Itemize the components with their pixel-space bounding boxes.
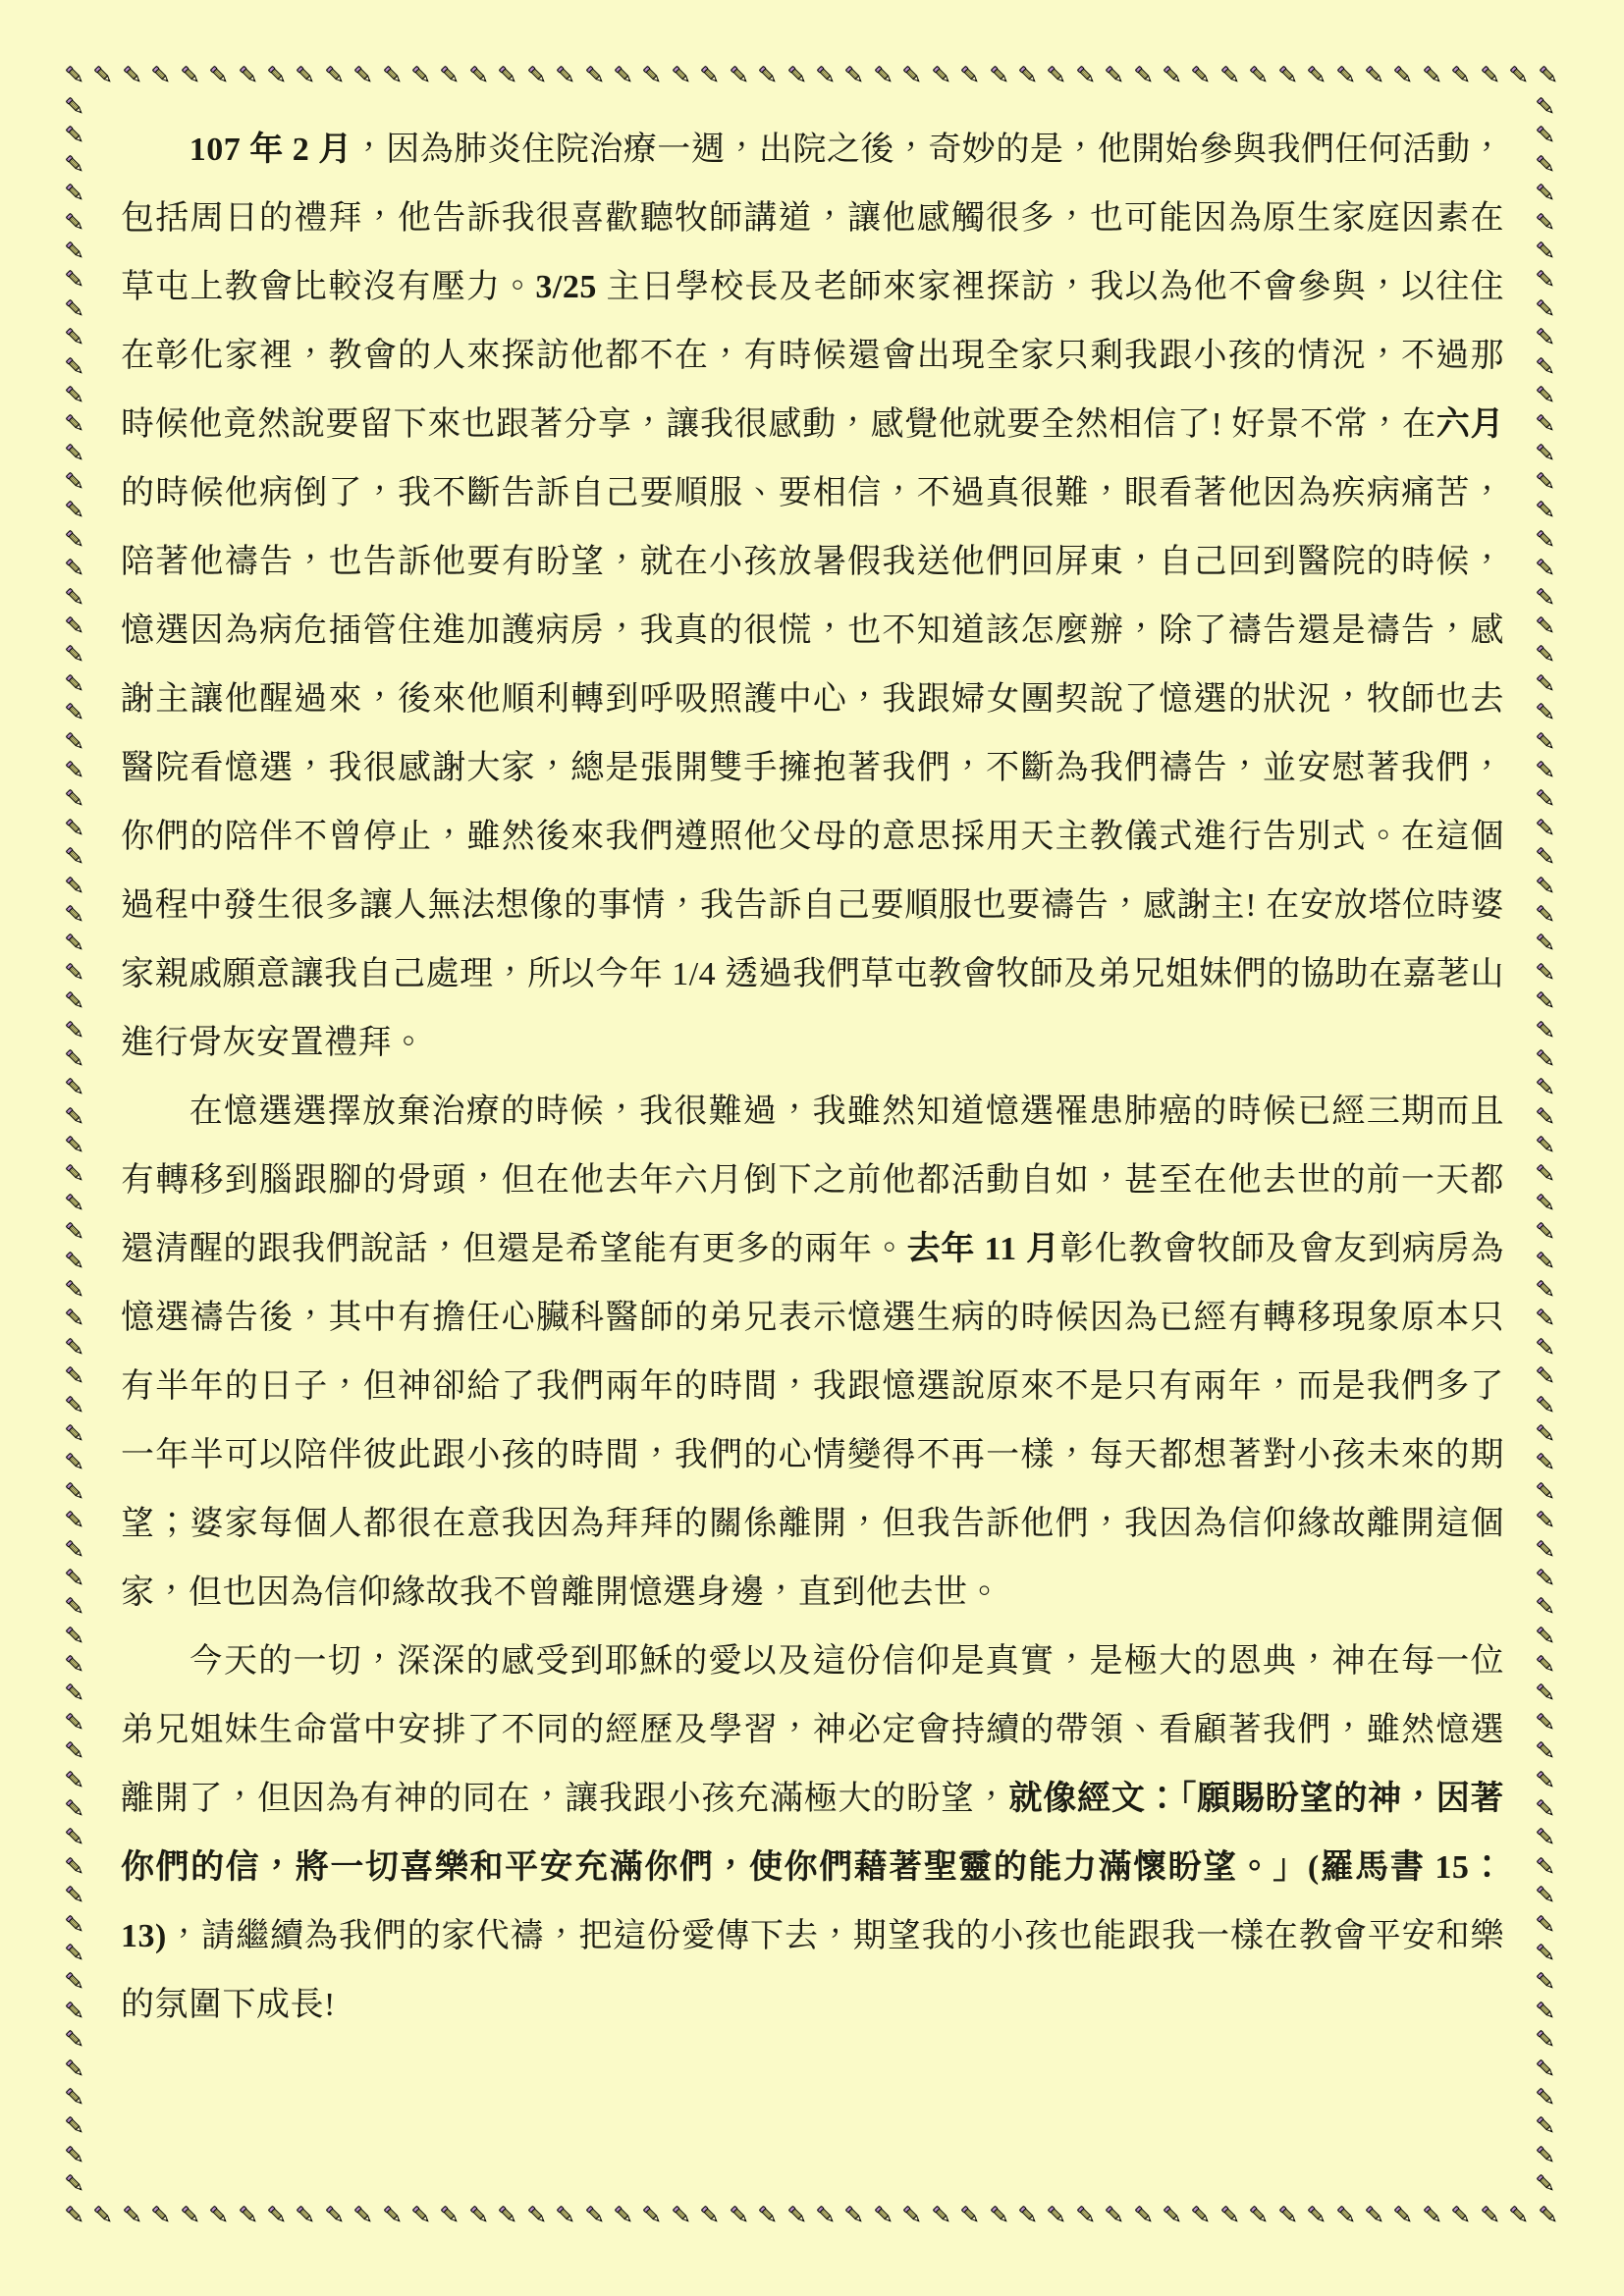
pencil-icon [1534, 556, 1558, 580]
pencil-icon [1449, 63, 1474, 87]
pencil-icon [352, 2203, 376, 2227]
pencil-icon [1421, 63, 1445, 87]
pencil-icon [63, 1652, 87, 1677]
pencil-icon [265, 63, 290, 87]
pencil-icon [1534, 988, 1558, 1013]
pencil-icon [1534, 585, 1558, 610]
pencil-icon [63, 63, 87, 87]
paragraph-3: 今天的一切，深深的感受到耶穌的愛以及這份信仰是真實，是極大的恩典，神在每一位弟兄… [121, 1628, 1504, 2040]
pencil-icon [1218, 63, 1243, 87]
pencil-icon [958, 2203, 983, 2227]
pencil-icon [1534, 1191, 1558, 1215]
pencil-icon [1534, 642, 1558, 667]
pencil-icon [1189, 63, 1214, 87]
pencil-icon [525, 63, 550, 87]
pencil-icon [1534, 1768, 1558, 1792]
pencil-icon [1534, 1624, 1558, 1648]
pencil-icon [1534, 239, 1558, 263]
pencil-icon [63, 1768, 87, 1792]
pencil-icon [1132, 2203, 1157, 2227]
pencil-icon [63, 1277, 87, 1302]
pencil-icon [1305, 63, 1329, 87]
text-run: ，請繼續為我們的家代禱，把這份愛傳下去，期望我的小孩也能跟我一樣在教會平安和樂的… [121, 1918, 1504, 2023]
pencil-icon [1103, 2203, 1127, 2227]
pencil-icon [63, 1681, 87, 1705]
pencil-icon [1534, 1825, 1558, 1849]
pencil-icon [1534, 181, 1558, 205]
pencil-icon [63, 210, 87, 235]
pencil-icon [1534, 1999, 1558, 2023]
pencil-icon [1534, 411, 1558, 436]
pencil-icon [63, 1594, 87, 1619]
pencil-icon [1534, 614, 1558, 638]
pencil-icon [1534, 383, 1558, 407]
pencil-icon [63, 1161, 87, 1186]
pencil-icon [1534, 1249, 1558, 1273]
pencil-icon [728, 63, 752, 87]
pencil-icon [63, 239, 87, 263]
pencil-icon [1161, 63, 1185, 87]
pencil-icon [63, 786, 87, 811]
pencil-icon [63, 1046, 87, 1071]
pencil-icon [612, 63, 636, 87]
pencil-icon [1534, 123, 1558, 147]
pencil-icon [121, 2203, 145, 2227]
pencil-icon [323, 2203, 348, 2227]
pencil-icon [1534, 931, 1558, 955]
pencil-icon [63, 729, 87, 754]
pencil-icon [63, 2056, 87, 2081]
pencil-icon [670, 63, 694, 87]
pencil-icon [63, 94, 87, 119]
pencil-icon [1534, 1046, 1558, 1071]
pencil-icon [814, 2203, 839, 2227]
pencil-icon [1534, 902, 1558, 927]
pencil-icon [63, 902, 87, 927]
paragraph-2: 在憶選選擇放棄治療的時候，我很難過，我雖然知道憶選罹患肺癌的時候已經三期而且有轉… [121, 1078, 1504, 1628]
pencil-icon [1103, 63, 1127, 87]
pencil-icon [1534, 2056, 1558, 2081]
pencil-icon [1305, 2203, 1329, 2227]
pencil-icon [1534, 2027, 1558, 2052]
pencil-icon [63, 1883, 87, 1907]
pencil-icon [1534, 1421, 1558, 1446]
pencil-icon [1189, 2203, 1214, 2227]
pencil-icon [1391, 2203, 1416, 2227]
pencil-icon [63, 1421, 87, 1446]
pencil-icon [1363, 63, 1387, 87]
pencil-icon [1534, 267, 1558, 292]
pencil-icon [842, 2203, 867, 2227]
pencil-icon [1016, 2203, 1041, 2227]
pencil-icon [63, 1624, 87, 1648]
pencil-icon [1534, 1912, 1558, 1937]
pencil-border-left [63, 94, 88, 2197]
pencil-icon [1334, 2203, 1359, 2227]
pencil-icon [63, 1219, 87, 1244]
pencil-icon [1479, 2203, 1503, 2227]
pencil-icon [237, 63, 261, 87]
pencil-icon [1534, 1450, 1558, 1474]
pencil-icon [1534, 1969, 1558, 1994]
pencil-icon [640, 2203, 665, 2227]
pencil-icon [91, 2203, 116, 2227]
text-run: 六月 [1436, 406, 1504, 443]
pencil-icon [1534, 296, 1558, 321]
pencil-icon [1534, 729, 1558, 754]
pencil-icon [1534, 1508, 1558, 1532]
pencil-icon [1534, 2085, 1558, 2109]
pencil-icon [900, 2203, 925, 2227]
pencil-icon [63, 152, 87, 177]
pencil-icon [63, 2203, 87, 2227]
pencil-icon [63, 1479, 87, 1504]
pencil-icon [1045, 2203, 1069, 2227]
pencil-icon [554, 63, 578, 87]
pencil-icon [1449, 2203, 1474, 2227]
pencil-icon [988, 2203, 1012, 2227]
pencil-icon [728, 2203, 752, 2227]
pencil-icon [583, 63, 608, 87]
pencil-icon [63, 874, 87, 898]
pencil-border-bottom [63, 2203, 1561, 2228]
pencil-icon [63, 1854, 87, 1879]
pencil-icon [265, 2203, 290, 2227]
pencil-icon [63, 267, 87, 292]
pencil-icon [63, 1999, 87, 2023]
pencil-icon [1534, 960, 1558, 985]
pencil-icon [63, 1969, 87, 1994]
pencil-icon [1534, 1363, 1558, 1388]
pencil-icon [63, 1912, 87, 1937]
pencil-icon [63, 960, 87, 985]
pencil-icon [63, 614, 87, 638]
pencil-icon [63, 1306, 87, 1330]
pencil-icon [63, 758, 87, 782]
pencil-icon [438, 2203, 462, 2227]
pencil-icon [1534, 786, 1558, 811]
pencil-icon [63, 1363, 87, 1388]
pencil-icon [63, 1566, 87, 1590]
pencil-icon [814, 63, 839, 87]
pencil-icon [872, 2203, 896, 2227]
pencil-icon [63, 123, 87, 147]
pencil-icon [179, 63, 203, 87]
pencil-icon [63, 585, 87, 610]
pencil-icon [63, 642, 87, 667]
pencil-icon [63, 2113, 87, 2138]
pencil-icon [1534, 1681, 1558, 1705]
pencil-icon [554, 2203, 578, 2227]
pencil-icon [1276, 63, 1301, 87]
pencil-icon [1247, 63, 1272, 87]
pencil-icon [1534, 1306, 1558, 1330]
pencil-icon [1534, 1133, 1558, 1157]
pencil-icon [1045, 63, 1069, 87]
pencil-icon [294, 2203, 318, 2227]
pencil-icon [1534, 210, 1558, 235]
pencil-icon [756, 63, 781, 87]
pencil-icon [63, 2085, 87, 2109]
pencil-icon [237, 2203, 261, 2227]
pencil-icon [1391, 63, 1416, 87]
pencil-icon [1534, 1393, 1558, 1417]
pencil-icon [149, 63, 174, 87]
pencil-icon [1534, 354, 1558, 379]
pencil-icon [1534, 1161, 1558, 1186]
pencil-icon [1363, 2203, 1387, 2227]
text-run: 的時候他病倒了，我不斷告訴自己要順服、要相信，不過真很難，眼看著他因為疾病痛苦，… [121, 475, 1504, 1061]
pencil-icon [525, 2203, 550, 2227]
pencil-icon [785, 63, 810, 87]
pencil-icon [63, 556, 87, 580]
pencil-icon [1534, 1566, 1558, 1590]
pencil-icon [1534, 325, 1558, 349]
text-run: 彰化教會牧師及會友到病房為憶選禱告後，其中有擔任心臟科醫師的弟兄表示憶選生病的時… [121, 1231, 1504, 1611]
pencil-icon [1161, 2203, 1185, 2227]
pencil-icon [1218, 2203, 1243, 2227]
pencil-icon [63, 988, 87, 1013]
pencil-icon [323, 63, 348, 87]
pencil-icon [1534, 816, 1558, 840]
pencil-icon [63, 1738, 87, 1763]
pencil-icon [381, 2203, 406, 2227]
pencil-icon [1534, 527, 1558, 552]
pencil-icon [352, 63, 376, 87]
pencil-icon [63, 1133, 87, 1157]
pencil-icon [756, 2203, 781, 2227]
pencil-icon [1534, 1796, 1558, 1821]
pencil-icon [63, 498, 87, 522]
pencil-icon [63, 441, 87, 465]
testimony-text: 107 年 2 月，因為肺炎住院治療一週，出院之後，奇妙的是，他開始參與我們任何… [121, 116, 1504, 2040]
pencil-icon [63, 1710, 87, 1735]
pencil-icon [207, 2203, 232, 2227]
pencil-icon [1534, 1219, 1558, 1244]
pencil-icon [1016, 63, 1041, 87]
pencil-icon [1534, 469, 1558, 494]
pencil-icon [1534, 1335, 1558, 1360]
pencil-icon [1534, 1854, 1558, 1879]
pencil-icon [63, 1018, 87, 1042]
pencil-icon [467, 63, 492, 87]
pencil-icon [1132, 63, 1157, 87]
pencil-icon [63, 1941, 87, 1965]
pencil-icon [1534, 94, 1558, 119]
pencil-icon [785, 2203, 810, 2227]
pencil-icon [930, 63, 954, 87]
pencil-icon [988, 63, 1012, 87]
pencil-icon [409, 2203, 434, 2227]
pencil-icon [1276, 2203, 1301, 2227]
document-page: 107 年 2 月，因為肺炎住院治療一週，出院之後，奇妙的是，他開始參與我們任何… [0, 0, 1624, 2296]
pencil-icon [1534, 1883, 1558, 1907]
pencil-icon [1534, 758, 1558, 782]
paragraph-1: 107 年 2 月，因為肺炎住院治療一週，出院之後，奇妙的是，他開始參與我們任何… [121, 116, 1504, 1078]
pencil-icon [63, 1450, 87, 1474]
pencil-icon [63, 383, 87, 407]
pencil-icon [63, 1104, 87, 1129]
pencil-icon [842, 63, 867, 87]
pencil-icon [1534, 2113, 1558, 2138]
pencil-icon [63, 411, 87, 436]
pencil-icon [958, 63, 983, 87]
pencil-icon [1534, 498, 1558, 522]
pencil-icon [63, 2143, 87, 2167]
pencil-icon [1479, 63, 1503, 87]
pencil-icon [612, 2203, 636, 2227]
pencil-icon [1534, 152, 1558, 177]
pencil-icon [1534, 1738, 1558, 1763]
pencil-icon [63, 181, 87, 205]
pencil-border-right [1534, 94, 1559, 2197]
text-run: 107 年 2 月 [189, 132, 352, 168]
pencil-icon [63, 1825, 87, 1849]
pencil-icon [121, 63, 145, 87]
pencil-icon [63, 296, 87, 321]
pencil-icon [63, 1537, 87, 1562]
pencil-icon [1507, 63, 1532, 87]
pencil-icon [1534, 700, 1558, 724]
pencil-icon [63, 1335, 87, 1360]
pencil-icon [1247, 2203, 1272, 2227]
pencil-icon [900, 63, 925, 87]
pencil-icon [63, 527, 87, 552]
pencil-icon [63, 931, 87, 955]
pencil-icon [1534, 671, 1558, 696]
pencil-icon [63, 1393, 87, 1417]
pencil-icon [1534, 874, 1558, 898]
pencil-icon [1534, 1594, 1558, 1619]
pencil-icon [1534, 441, 1558, 465]
pencil-icon [381, 63, 406, 87]
pencil-icon [1537, 63, 1561, 87]
pencil-icon [63, 354, 87, 379]
pencil-icon [1534, 2143, 1558, 2167]
pencil-icon [583, 2203, 608, 2227]
pencil-icon [1421, 2203, 1445, 2227]
pencil-icon [1534, 1941, 1558, 1965]
pencil-icon [63, 325, 87, 349]
text-run: 3/25 [535, 269, 596, 305]
pencil-icon [1074, 2203, 1099, 2227]
pencil-icon [1074, 63, 1099, 87]
pencil-icon [1534, 1018, 1558, 1042]
pencil-icon [63, 816, 87, 840]
pencil-icon [1534, 1710, 1558, 1735]
pencil-icon [149, 2203, 174, 2227]
pencil-icon [930, 2203, 954, 2227]
pencil-icon [640, 63, 665, 87]
pencil-icon [63, 1191, 87, 1215]
pencil-icon [496, 63, 520, 87]
pencil-icon [670, 2203, 694, 2227]
pencil-icon [1534, 2171, 1558, 2196]
pencil-icon [91, 63, 116, 87]
pencil-icon [1534, 844, 1558, 869]
pencil-icon [63, 1796, 87, 1821]
pencil-icon [872, 63, 896, 87]
pencil-icon [698, 63, 723, 87]
pencil-icon [294, 63, 318, 87]
pencil-icon [409, 63, 434, 87]
pencil-icon [1534, 1479, 1558, 1504]
pencil-icon [63, 2171, 87, 2196]
pencil-icon [467, 2203, 492, 2227]
pencil-icon [1534, 1075, 1558, 1099]
pencil-icon [63, 700, 87, 724]
pencil-icon [63, 671, 87, 696]
pencil-icon [1534, 1652, 1558, 1677]
pencil-icon [179, 2203, 203, 2227]
pencil-icon [1534, 1277, 1558, 1302]
pencil-icon [1507, 2203, 1532, 2227]
pencil-icon [63, 469, 87, 494]
pencil-icon [63, 1249, 87, 1273]
pencil-icon [63, 1075, 87, 1099]
text-run: 去年 11 月 [907, 1231, 1060, 1267]
pencil-icon [63, 844, 87, 869]
pencil-icon [438, 63, 462, 87]
pencil-border-top [63, 63, 1561, 88]
pencil-icon [698, 2203, 723, 2227]
pencil-icon [63, 1508, 87, 1532]
pencil-icon [1534, 1537, 1558, 1562]
pencil-icon [207, 63, 232, 87]
pencil-icon [1334, 63, 1359, 87]
pencil-icon [496, 2203, 520, 2227]
pencil-icon [63, 2027, 87, 2052]
pencil-icon [1537, 2203, 1561, 2227]
pencil-icon [1534, 1104, 1558, 1129]
